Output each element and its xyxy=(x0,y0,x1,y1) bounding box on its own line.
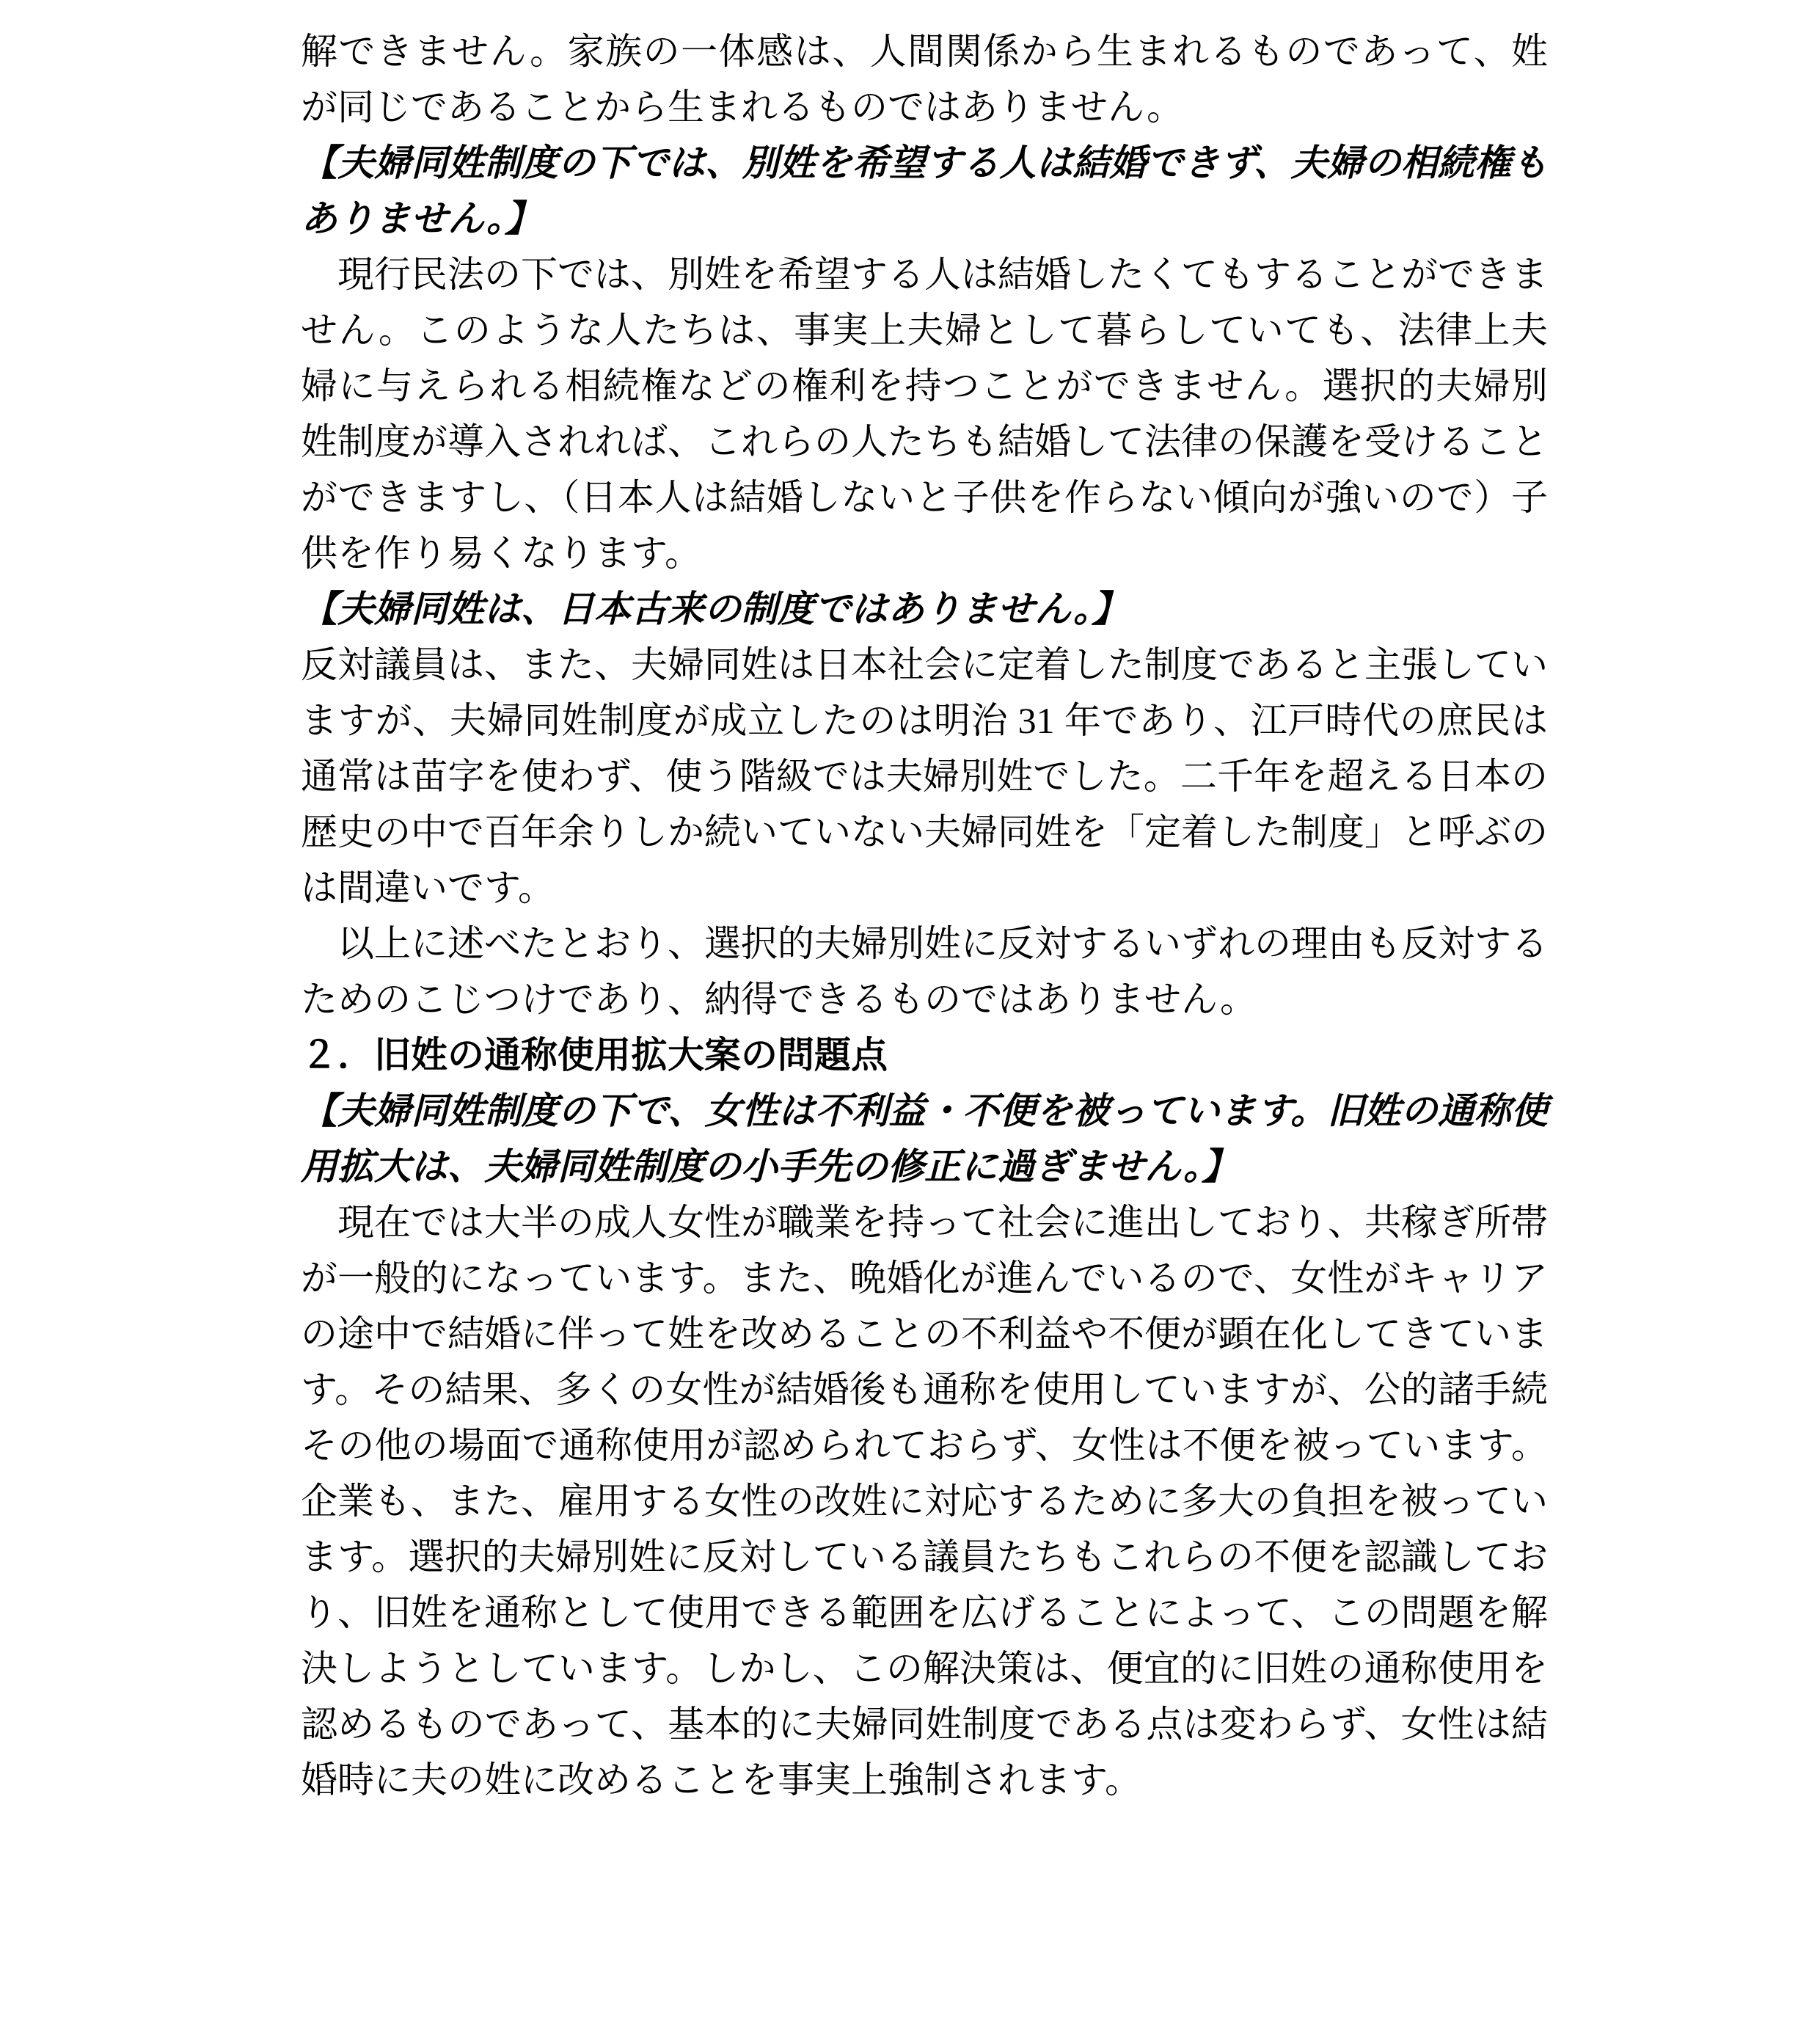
bracket-heading-no-marriage-no-inheritance: 【夫婦同姓制度の下では、別姓を希望する人は結婚できず、夫婦の相続権もありません。… xyxy=(301,135,1548,247)
document-page: 解できません。家族の一体感は、人間関係から生まれるものであって、姓が同じであるこ… xyxy=(0,0,1820,2025)
paragraph-meiji-history: 反対議員は、また、夫婦同姓は日本社会に定着した制度であると主張していますが、夫婦… xyxy=(301,637,1548,916)
paragraph-current-civil-law: 現行民法の下では、別姓を希望する人は結婚したくてもすることができません。このよう… xyxy=(301,247,1548,581)
bracket-heading-not-ancient-system: 【夫婦同姓は、日本古来の制度ではありません。】 xyxy=(301,581,1548,637)
continuation-paragraph-family-unity: 解できません。家族の一体感は、人間関係から生まれるものであって、姓が同じであるこ… xyxy=(301,23,1548,135)
bracket-heading-women-disadvantage: 【夫婦同姓制度の下で、女性は不利益・不便を被っています。旧姓の通称使用拡大は、夫… xyxy=(301,1083,1548,1194)
paragraph-working-women-inconvenience: 現在では大半の成人女性が職業を持って社会に進出しており、共稼ぎ所帯が一般的になっ… xyxy=(301,1194,1548,1808)
paragraph-conclusion: 以上に述べたとおり、選択的夫婦別姓に反対するいずれの理由も反対するためのこじつけ… xyxy=(301,916,1548,1027)
page-text-block: 解できません。家族の一体感は、人間関係から生まれるものであって、姓が同じであるこ… xyxy=(301,23,1548,1808)
section-heading-2-maiden-name-expansion: ２．旧姓の通称使用拡大案の問題点 xyxy=(301,1027,1548,1083)
